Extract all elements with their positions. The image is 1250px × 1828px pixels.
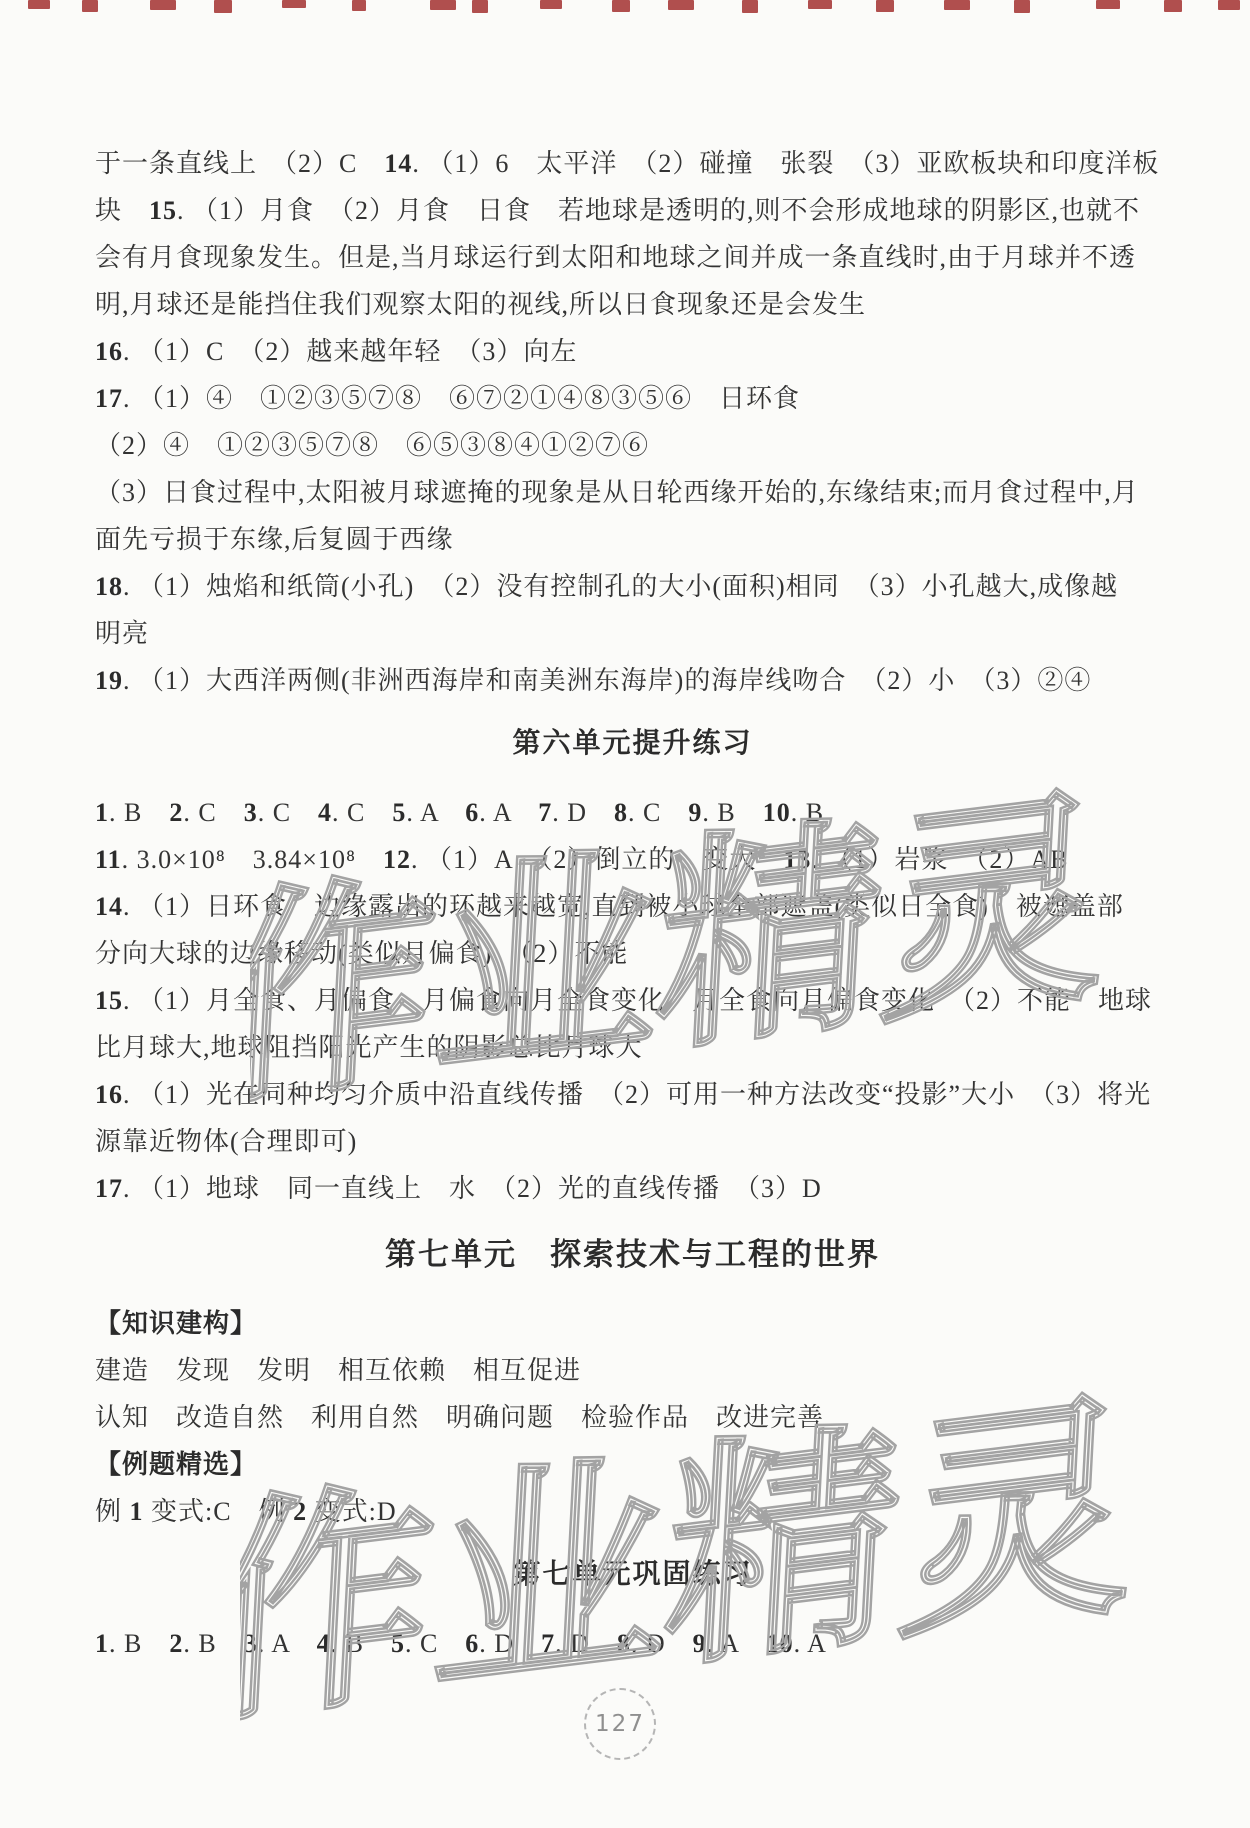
question-number: 15 bbox=[95, 986, 123, 1015]
answer-text: . D bbox=[631, 1629, 693, 1658]
section-label: 【知识建构】 bbox=[95, 1300, 1170, 1347]
answer-text: 源靠近物体(合理即可) bbox=[95, 1127, 357, 1156]
question-number: 8 bbox=[614, 798, 628, 827]
question-number: 1 bbox=[95, 798, 109, 827]
top-edge-fragment bbox=[1014, 0, 1030, 13]
question-number: 2 bbox=[169, 798, 183, 827]
question-number: 14 bbox=[95, 892, 123, 921]
question-number: 10 bbox=[766, 1629, 794, 1658]
top-edge-fragment bbox=[430, 0, 456, 10]
top-edge-fragment bbox=[1218, 0, 1240, 10]
answer-text: 块 bbox=[95, 196, 149, 225]
answer-line: 15. （1）月全食、月偏食 月偏食向月全食变化 月全食向月偏食变化 （2）不能… bbox=[95, 977, 1170, 1024]
answer-text: . （1）岩浆 （2）AB bbox=[811, 845, 1068, 874]
answer-line: 分向大球的边缘移动(类似月偏食) （2）不能 bbox=[95, 930, 1170, 977]
question-number: 16 bbox=[95, 337, 123, 366]
answer-text: . A bbox=[406, 798, 465, 827]
answer-text: 例 bbox=[95, 1497, 130, 1526]
question-number: 5 bbox=[391, 1629, 405, 1658]
answer-text: . （1）④ ①②③⑤⑦⑧ ⑥⑦②①④⑧③⑤⑥ 日环食 bbox=[123, 384, 800, 413]
top-edge-fragment bbox=[876, 0, 894, 12]
question-number: 9 bbox=[688, 798, 702, 827]
answer-text: . B bbox=[109, 1629, 169, 1658]
question-number: 7 bbox=[541, 1629, 555, 1658]
top-edge-fragment bbox=[808, 0, 832, 9]
top-edge-fragment bbox=[1096, 0, 1120, 9]
answer-text: . A bbox=[707, 1629, 766, 1658]
answer-text: . D bbox=[555, 1629, 617, 1658]
answer-text: . （1）大西洋两侧(非洲西海岸和南美洲东海岸)的海岸线吻合 （2）小 （3）②… bbox=[123, 666, 1091, 695]
top-edge-fragment bbox=[82, 0, 98, 12]
answer-text: . A bbox=[479, 798, 538, 827]
answer-content: 于一条直线上 （2）C 14. （1）6 太平洋 （2）碰撞 张裂 （3）亚欧板… bbox=[95, 140, 1170, 1667]
question-number: 8 bbox=[617, 1629, 631, 1658]
answer-line: 块 15. （1）月食 （2）月食 日食 若地球是透明的,则不会形成地球的阴影区… bbox=[95, 187, 1170, 234]
question-number: 1 bbox=[95, 1629, 109, 1658]
top-edge-fragment bbox=[742, 0, 758, 13]
question-number: 6 bbox=[465, 1629, 479, 1658]
top-edge-fragment bbox=[214, 0, 232, 13]
answer-text: . B bbox=[702, 798, 762, 827]
answer-line: 会有月食现象发生。但是,当月球运行到太阳和地球之间并成一条直线时,由于月球并不透 bbox=[95, 234, 1170, 281]
answer-text: . B bbox=[791, 798, 824, 827]
answer-line: 源靠近物体(合理即可) bbox=[95, 1118, 1170, 1165]
answer-text: . （1）月全食、月偏食 月偏食向月全食变化 月全食向月偏食变化 （2）不能 地… bbox=[123, 986, 1152, 1015]
question-number: 13 bbox=[783, 845, 811, 874]
answer-line: 16. （1）光在同种均匀介质中沿直线传播 （2）可用一种方法改变“投影”大小 … bbox=[95, 1071, 1170, 1118]
top-edge-fragment bbox=[352, 0, 366, 11]
top-edge-fragment bbox=[28, 0, 50, 9]
question-number: 19 bbox=[95, 666, 123, 695]
page-number-badge: 127 bbox=[584, 1688, 656, 1760]
answer-line: 18. （1）烛焰和纸筒(小孔) （2）没有控制孔的大小(面积)相同 （3）小孔… bbox=[95, 563, 1170, 610]
answer-line: 16. （1）C （2）越来越年轻 （3）向左 bbox=[95, 328, 1170, 375]
question-number: 7 bbox=[538, 798, 552, 827]
answer-text: . D bbox=[479, 1629, 541, 1658]
answer-text: . C bbox=[332, 798, 392, 827]
question-number: 14 bbox=[384, 149, 412, 178]
answer-text: . （1）地球 同一直线上 水 （2）光的直线传播 （3）D bbox=[123, 1174, 822, 1203]
answer-text: . （1）C （2）越来越年轻 （3）向左 bbox=[123, 337, 577, 366]
answer-line: （3）日食过程中,太阳被月球遮掩的现象是从日轮西缘开始的,东缘结束;而月食过程中… bbox=[95, 469, 1170, 516]
answer-text: 变式:C 例 bbox=[144, 1497, 294, 1526]
answer-text: . C bbox=[628, 798, 688, 827]
answer-line: 于一条直线上 （2）C 14. （1）6 太平洋 （2）碰撞 张裂 （3）亚欧板… bbox=[95, 140, 1170, 187]
top-edge-fragment bbox=[668, 0, 694, 10]
question-number: 3 bbox=[244, 798, 258, 827]
question-number: 17 bbox=[95, 384, 123, 413]
top-edge-fragment bbox=[150, 0, 176, 10]
answer-text: . B bbox=[331, 1629, 391, 1658]
answer-line: 明亮 bbox=[95, 610, 1170, 657]
answer-text: 比月球大,地球阻挡阳光产生的阴影总比月球大 bbox=[95, 1033, 643, 1062]
answer-text: . （1）月食 （2）月食 日食 若地球是透明的,则不会形成地球的阴影区,也就不 bbox=[177, 196, 1140, 225]
top-edge-fragment bbox=[612, 0, 630, 12]
top-edge-fragment bbox=[944, 0, 970, 10]
answer-text: （3）日食过程中,太阳被月球遮掩的现象是从日轮西缘开始的,东缘结束;而月食过程中… bbox=[95, 478, 1139, 507]
top-edge-fragment bbox=[540, 0, 562, 9]
question-number: 12 bbox=[383, 845, 411, 874]
question-number: 15 bbox=[149, 196, 177, 225]
answer-text: . D bbox=[552, 798, 614, 827]
answer-text: . 3.0×10⁸ 3.84×10⁸ bbox=[122, 845, 383, 874]
answer-text: 建造 发现 发明 相互依赖 相互促进 bbox=[95, 1356, 581, 1385]
answer-line: 14. （1）日环食 边缘露出的环越来越宽,直到被小球全部遮盖(类似日全食) 被… bbox=[95, 883, 1170, 930]
top-edge-fragment bbox=[1164, 0, 1182, 12]
question-number: 11 bbox=[95, 845, 122, 874]
answer-line: （2）④ ①②③⑤⑦⑧ ⑥⑤③⑧④①②⑦⑥ bbox=[95, 422, 1170, 469]
question-number: 1 bbox=[130, 1497, 144, 1526]
top-edge-fragments bbox=[0, 0, 1250, 16]
answer-text: . （1）6 太平洋 （2）碰撞 张裂 （3）亚欧板块和印度洋板 bbox=[412, 149, 1159, 178]
answer-text: 明亮 bbox=[95, 619, 149, 648]
question-number: 3 bbox=[244, 1629, 258, 1658]
answer-text: . （1）烛焰和纸筒(小孔) （2）没有控制孔的大小(面积)相同 （3）小孔越大… bbox=[123, 572, 1118, 601]
question-number: 4 bbox=[317, 1629, 331, 1658]
answer-text: . （1）日环食 边缘露出的环越来越宽,直到被小球全部遮盖(类似日全食) 被遮盖… bbox=[123, 892, 1124, 921]
answer-text: 变式:D bbox=[307, 1497, 397, 1526]
answer-line: 建造 发现 发明 相互依赖 相互促进 bbox=[95, 1347, 1170, 1394]
question-number: 9 bbox=[693, 1629, 707, 1658]
answer-line: 1. B 2. C 3. C 4. C 5. A 6. A 7. D 8. C … bbox=[95, 789, 1170, 836]
question-number: 6 bbox=[465, 798, 479, 827]
answer-line: 1. B 2. B 3. A 4. B 5. C 6. D 7. D 8. D … bbox=[95, 1620, 1170, 1667]
question-number: 2 bbox=[293, 1497, 307, 1526]
answer-text: 会有月食现象发生。但是,当月球运行到太阳和地球之间并成一条直线时,由于月球并不透 bbox=[95, 243, 1136, 272]
scanned-answer-page: 于一条直线上 （2）C 14. （1）6 太平洋 （2）碰撞 张裂 （3）亚欧板… bbox=[0, 0, 1250, 1828]
question-number: 4 bbox=[318, 798, 332, 827]
answer-text: . C bbox=[258, 798, 318, 827]
answer-line: 11. 3.0×10⁸ 3.84×10⁸ 12. （1）A （2）倒立的 变大 … bbox=[95, 836, 1170, 883]
answer-text: （2）④ ①②③⑤⑦⑧ ⑥⑤③⑧④①②⑦⑥ bbox=[95, 431, 649, 460]
answer-text: 明,月球还是能挡住我们观察太阳的视线,所以日食现象还是会发生 bbox=[95, 290, 866, 319]
answer-line: 比月球大,地球阻挡阳光产生的阴影总比月球大 bbox=[95, 1024, 1170, 1071]
answer-line: 明,月球还是能挡住我们观察太阳的视线,所以日食现象还是会发生 bbox=[95, 281, 1170, 328]
question-number: 10 bbox=[763, 798, 791, 827]
top-edge-fragment bbox=[282, 0, 306, 8]
question-number: 18 bbox=[95, 572, 123, 601]
page-number: 127 bbox=[595, 1711, 645, 1737]
answer-text: . B bbox=[183, 1629, 243, 1658]
section-label: 【例题精选】 bbox=[95, 1441, 1170, 1488]
answer-text: . B bbox=[109, 798, 169, 827]
answer-text: . C bbox=[183, 798, 243, 827]
question-number: 16 bbox=[95, 1080, 123, 1109]
answer-text: . A bbox=[258, 1629, 317, 1658]
question-number: 2 bbox=[169, 1629, 183, 1658]
answer-line: 例 1 变式:C 例 2 变式:D bbox=[95, 1488, 1170, 1535]
answer-line: 19. （1）大西洋两侧(非洲西海岸和南美洲东海岸)的海岸线吻合 （2）小 （3… bbox=[95, 657, 1170, 704]
answer-text: 于一条直线上 （2）C bbox=[95, 149, 384, 178]
section-heading: 第七单元巩固练习 bbox=[95, 1551, 1170, 1598]
answer-text: 分向大球的边缘移动(类似月偏食) （2）不能 bbox=[95, 939, 628, 968]
answer-text: . （1）光在同种均匀介质中沿直线传播 （2）可用一种方法改变“投影”大小 （3… bbox=[123, 1080, 1151, 1109]
answer-line: 面先亏损于东缘,后复圆于西缘 bbox=[95, 516, 1170, 563]
answer-text: . （1）A （2）倒立的 变大 bbox=[411, 845, 783, 874]
answer-line: 17. （1）地球 同一直线上 水 （2）光的直线传播 （3）D bbox=[95, 1165, 1170, 1212]
section-heading: 第七单元 探索技术与工程的世界 bbox=[95, 1230, 1170, 1280]
answer-text: . C bbox=[405, 1629, 465, 1658]
question-number: 17 bbox=[95, 1174, 123, 1203]
answer-text: 面先亏损于东缘,后复圆于西缘 bbox=[95, 525, 454, 554]
answer-text: . A bbox=[794, 1629, 827, 1658]
top-edge-fragment bbox=[472, 0, 488, 13]
answer-text: 认知 改造自然 利用自然 明确问题 检验作品 改进完善 bbox=[95, 1403, 824, 1432]
answer-line: 17. （1）④ ①②③⑤⑦⑧ ⑥⑦②①④⑧③⑤⑥ 日环食 bbox=[95, 375, 1170, 422]
section-heading: 第六单元提升练习 bbox=[95, 720, 1170, 767]
answer-line: 认知 改造自然 利用自然 明确问题 检验作品 改进完善 bbox=[95, 1394, 1170, 1441]
question-number: 5 bbox=[392, 798, 406, 827]
